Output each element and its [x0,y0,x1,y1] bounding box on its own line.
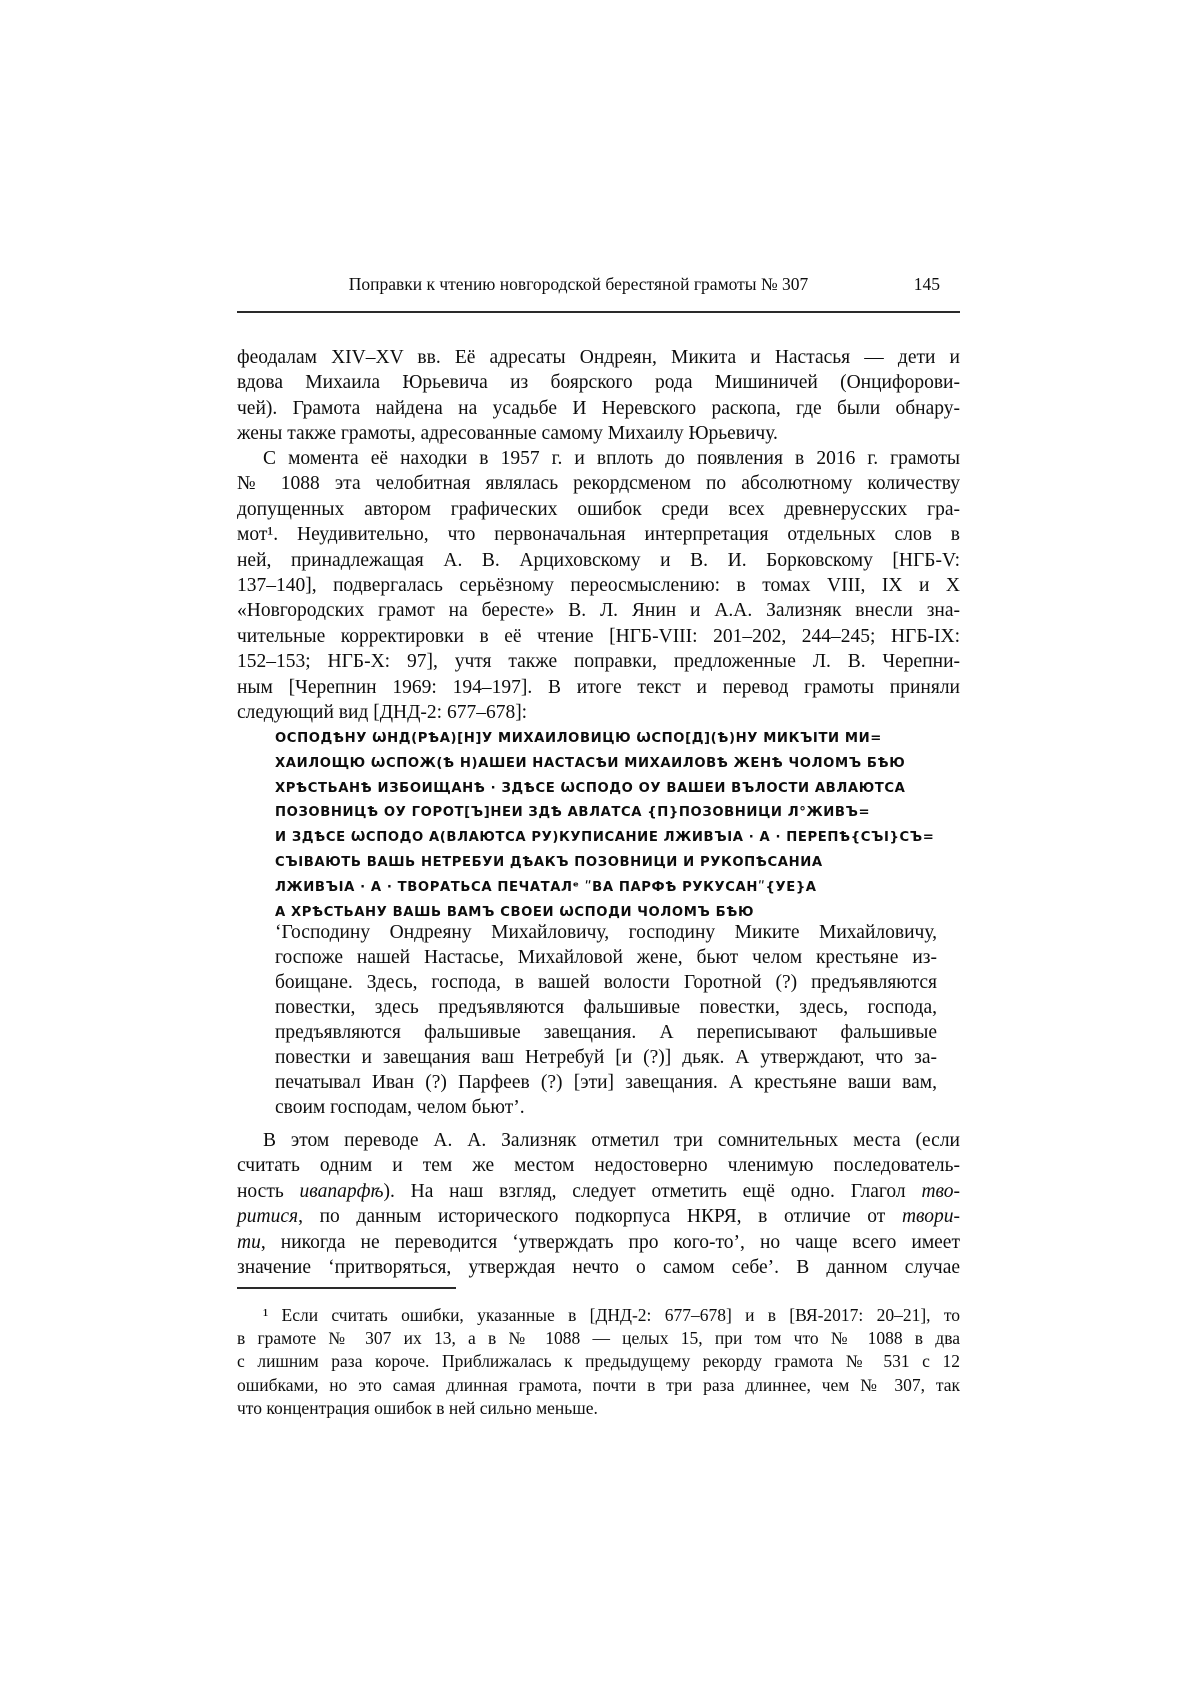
text-line: ¹ Если считать ошибки, указанные в [ДНД-… [237,1304,960,1327]
text-line: допущенных автором графических ошибок ср… [237,497,960,522]
text-line: ней, принадлежащая А. В. Арциховскому и … [237,548,960,573]
paragraph-intro: феодалам XIV–XV вв. Её адресаты Ондреян,… [237,345,960,447]
header-rule [237,311,960,313]
footnote-rule [237,1287,456,1289]
text-line: феодалам XIV–XV вв. Её адресаты Ондреян,… [237,345,960,370]
text-line: значение ‘притворяться, утверждая нечто … [237,1255,960,1280]
text-line: чей). Грамота найдена на усадьбе И Нерев… [237,396,960,421]
running-head: 145 Поправки к чтению новгородской берес… [237,274,960,298]
text-line: печатывал Иван (?) Парфеев (?) [эти] зав… [275,1070,937,1095]
text-line: мот¹. Неудивительно, что первоначальная … [237,522,960,547]
translation-quote: ‘Господину Ондреяну Михайловичу, господи… [275,920,937,1120]
text-line: следующий вид [ДНД-2: 677–678]: [237,700,960,725]
text-line: в грамоте № 307 их 13, а в № 1088 — целы… [237,1327,960,1350]
running-head-title: Поправки к чтению новгородской берестяно… [237,274,960,295]
text-line: 152–153; НГБ-X: 97], учтя также поправки… [237,649,960,674]
text-line: повестки и завещания ваш Нетребуй [и (?)… [275,1045,937,1070]
text-line: госпоже нашей Настасье, Михайловой жене,… [275,945,937,970]
text-line: ошибками, но это самая длинная грамота, … [237,1374,960,1397]
text-line: С момента её находки в 1957 г. и вплоть … [237,446,960,471]
text-line: ‘Господину Ондреяну Михайловичу, господи… [275,920,937,945]
text-line: своим господам, челом бьют’. [275,1095,937,1120]
text-line: СЪІВАЮТЬ ВАШЬ НЕТРЕБУИ ДѢАКЪ ПОЗОВНИЦИ И… [275,851,955,876]
text-line: № 1088 эта челобитная являлась рекордсме… [237,471,960,496]
text-line: ЛЖИВЪІА · А · ТВОРАТЬСА ПЕЧАТАЛᵉ ʺВА ПАР… [275,876,955,901]
text-line: 137–140], подвергалась серьёзному переос… [237,573,960,598]
text-line: чительные корректировки в её чтение [НГБ… [237,624,960,649]
text-line: вдова Михаила Юрьевича из боярского рода… [237,370,960,395]
footnote: ¹ Если считать ошибки, указанные в [ДНД-… [237,1304,960,1420]
text-line: считать одним и тем же местом недостовер… [237,1153,960,1178]
text-line: жены также грамоты, адресованные самому … [237,421,960,446]
text-line: «Новгородских грамот на бересте» В. Л. Я… [237,598,960,623]
text-line: ОСПОДѢНУ ѠНД(РѢА)[Н]У МИХАИЛОВИЦЮ ѠСПО[Д… [275,727,955,752]
text-line: ность ивапарфѣ). На наш взгляд, следует … [237,1179,960,1204]
text-line: ритися, по данным исторического подкорпу… [237,1204,960,1229]
text-line: ПОЗОВНИЦѢ ОУ ГОРОТ[Ъ]НЕИ ЗДѢ АВЛАТСА {П}… [275,801,955,826]
page-number: 145 [914,274,940,295]
text-line: И ЗДѢСЕ ѠСПОДО А(ВЛАЮТСА РУ)КУПИСАНИЕ ЛЖ… [275,826,955,851]
text-line: ным [Черепнин 1969: 194–197]. В итоге те… [237,675,960,700]
text-line: повестки, здесь предъявляются фальшивые … [275,995,937,1020]
paragraph-history: С момента её находки в 1957 г. и вплоть … [237,446,960,725]
text-line: предъявляются фальшивые завещания. А пер… [275,1020,937,1045]
text-line: ХРѢСТЬАНѢ ИЗБОИЩАНѢ · ЗДѢСЕ ѠСПОДО ОУ ВА… [275,777,955,802]
text-line: что концентрация ошибок в ней сильно мен… [237,1397,960,1420]
document-page: 145 Поправки к чтению новгородской берес… [0,0,1200,1697]
text-line: боищане. Здесь, господа, в вашей волости… [275,970,937,995]
text-line: ХАИЛОЩЮ ѠСПОЖ(Ѣ Н)АШЕИ НАСТАСѢИ МИХАИЛОВ… [275,752,955,777]
paragraph-analysis: В этом переводе А. А. Зализняк отметил т… [237,1128,960,1280]
text-line: с лишним раза короче. Приближалась к пре… [237,1350,960,1373]
text-line: В этом переводе А. А. Зализняк отметил т… [237,1128,960,1153]
text-line: ти, никогда не переводится ‘утверждать п… [237,1230,960,1255]
old-cyrillic-quote: ОСПОДѢНУ ѠНД(РѢА)[Н]У МИХАИЛОВИЦЮ ѠСПО[Д… [275,727,955,925]
